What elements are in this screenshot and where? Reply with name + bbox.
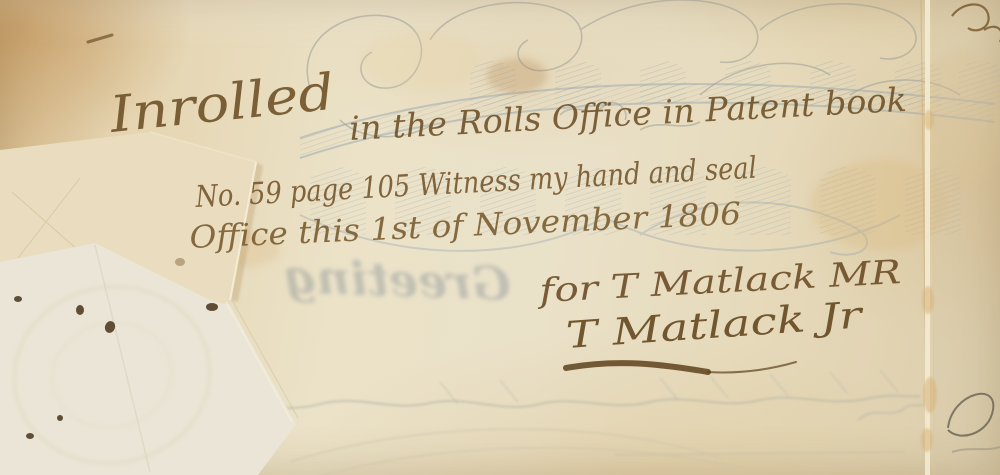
ink-dash-mark <box>88 35 112 42</box>
show-through-blackletter-word: Greeting <box>283 249 511 311</box>
parchment-document: Greeting <box>0 0 1000 475</box>
document-scan: Greeting <box>0 0 1000 475</box>
seal-light-speck <box>175 258 185 266</box>
show-through-script-bottom <box>215 370 924 475</box>
signature-flourish-underline <box>566 362 796 373</box>
engraving-swirl <box>760 4 916 59</box>
show-through-blackletter: Greeting <box>283 249 511 311</box>
engraving-swirl <box>580 0 758 62</box>
fold-right-tint <box>933 0 1000 475</box>
handwriting-line-1-word-inrolled: Inrolled <box>106 63 337 144</box>
